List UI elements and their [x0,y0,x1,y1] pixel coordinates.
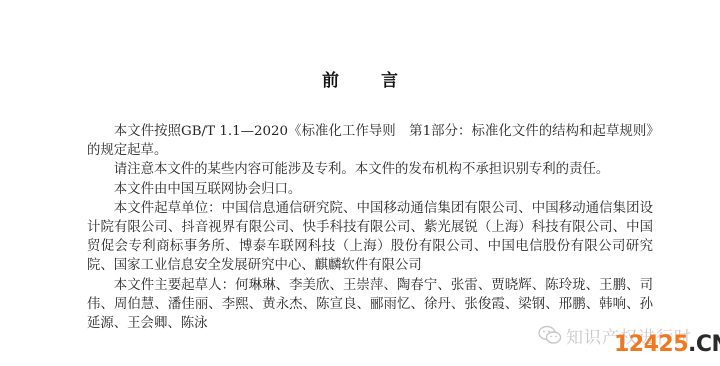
paragraph-patent-notice: 请注意本文件的某些内容可能涉及专利。本文件的发布机构不承担识别专利的责任。 [87,160,653,179]
paragraph-drafting-units: 本文件起草单位：中国信息通信研究院、中国移动通信集团有限公司、中国移动通信集团设… [87,199,653,276]
site-brand-logo: 12425.CN [614,332,720,357]
brand-number: 12425 [614,332,688,357]
paragraph-responsible-org: 本文件由中国互联网协会归口。 [87,180,653,199]
paragraph-drafting-basis: 本文件按照GB/T 1.1—2020《标准化工作导则 第1部分：标准化文件的结构… [87,122,653,160]
document-body: 本文件按照GB/T 1.1—2020《标准化工作导则 第1部分：标准化文件的结构… [87,122,653,333]
page-title: 前言 [0,66,720,91]
title-char-1: 前 [322,66,339,91]
brand-suffix: .CN [688,332,720,357]
wechat-icon [538,325,562,345]
title-char-2: 言 [381,66,398,91]
